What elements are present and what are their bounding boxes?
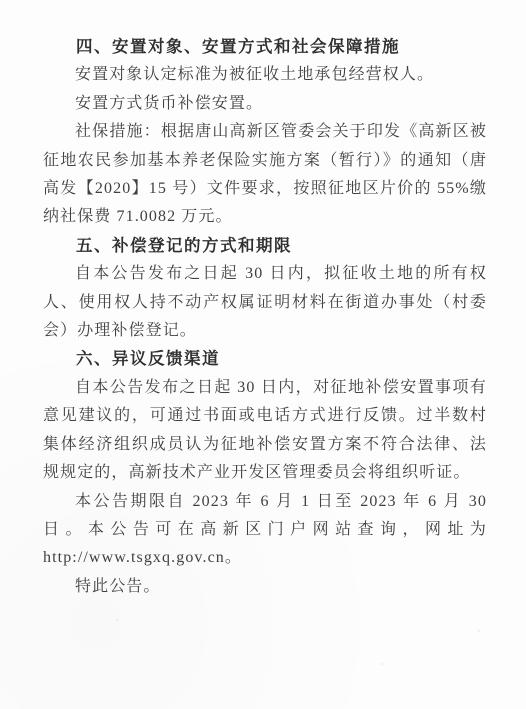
paragraph-closing-statement: 特此公告。 [43, 573, 487, 601]
paragraph-feedback-channel: 自本公告发布之日起 30 日内，对征地补偿安置事项有意见建议的，可通过书面或电话… [43, 374, 487, 488]
section-heading-6: 六、异议反馈渠道 [43, 345, 487, 373]
announcement-page: 四、安置对象、安置方式和社会保障措施 安置对象认定标准为被征收土地承包经营权人。… [0, 0, 526, 709]
paragraph-registration-procedure: 自本公告发布之日起 30 日内，拟征收土地的所有权人、使用权人持不动产权属证明材… [43, 260, 487, 345]
paragraph-resettlement-target: 安置对象认定标准为被征收土地承包经营权人。 [43, 61, 487, 89]
section-resettlement-and-social-security: 四、安置对象、安置方式和社会保障措施 安置对象认定标准为被征收土地承包经营权人。… [43, 33, 487, 232]
scan-speck [116, 619, 118, 621]
section-objection-feedback: 六、异议反馈渠道 自本公告发布之日起 30 日内，对征地补偿安置事项有意见建议的… [43, 345, 487, 601]
paragraph-resettlement-method: 安置方式货币补偿安置。 [43, 90, 487, 118]
section-heading-4: 四、安置对象、安置方式和社会保障措施 [43, 33, 487, 61]
section-compensation-registration: 五、补偿登记的方式和期限 自本公告发布之日起 30 日内，拟征收土地的所有权人、… [43, 232, 487, 346]
scan-speck [381, 663, 383, 665]
scan-speck [478, 630, 480, 632]
section-heading-5: 五、补偿登记的方式和期限 [43, 232, 487, 260]
paragraph-social-security-measures: 社保措施：根据唐山高新区管委会关于印发《高新区被征地农民参加基本养老保险实施方案… [43, 118, 487, 232]
paragraph-announcement-period-and-website: 本公告期限自 2023 年 6 月 1 日至 2023 年 6 月 30 日。本… [43, 488, 487, 573]
